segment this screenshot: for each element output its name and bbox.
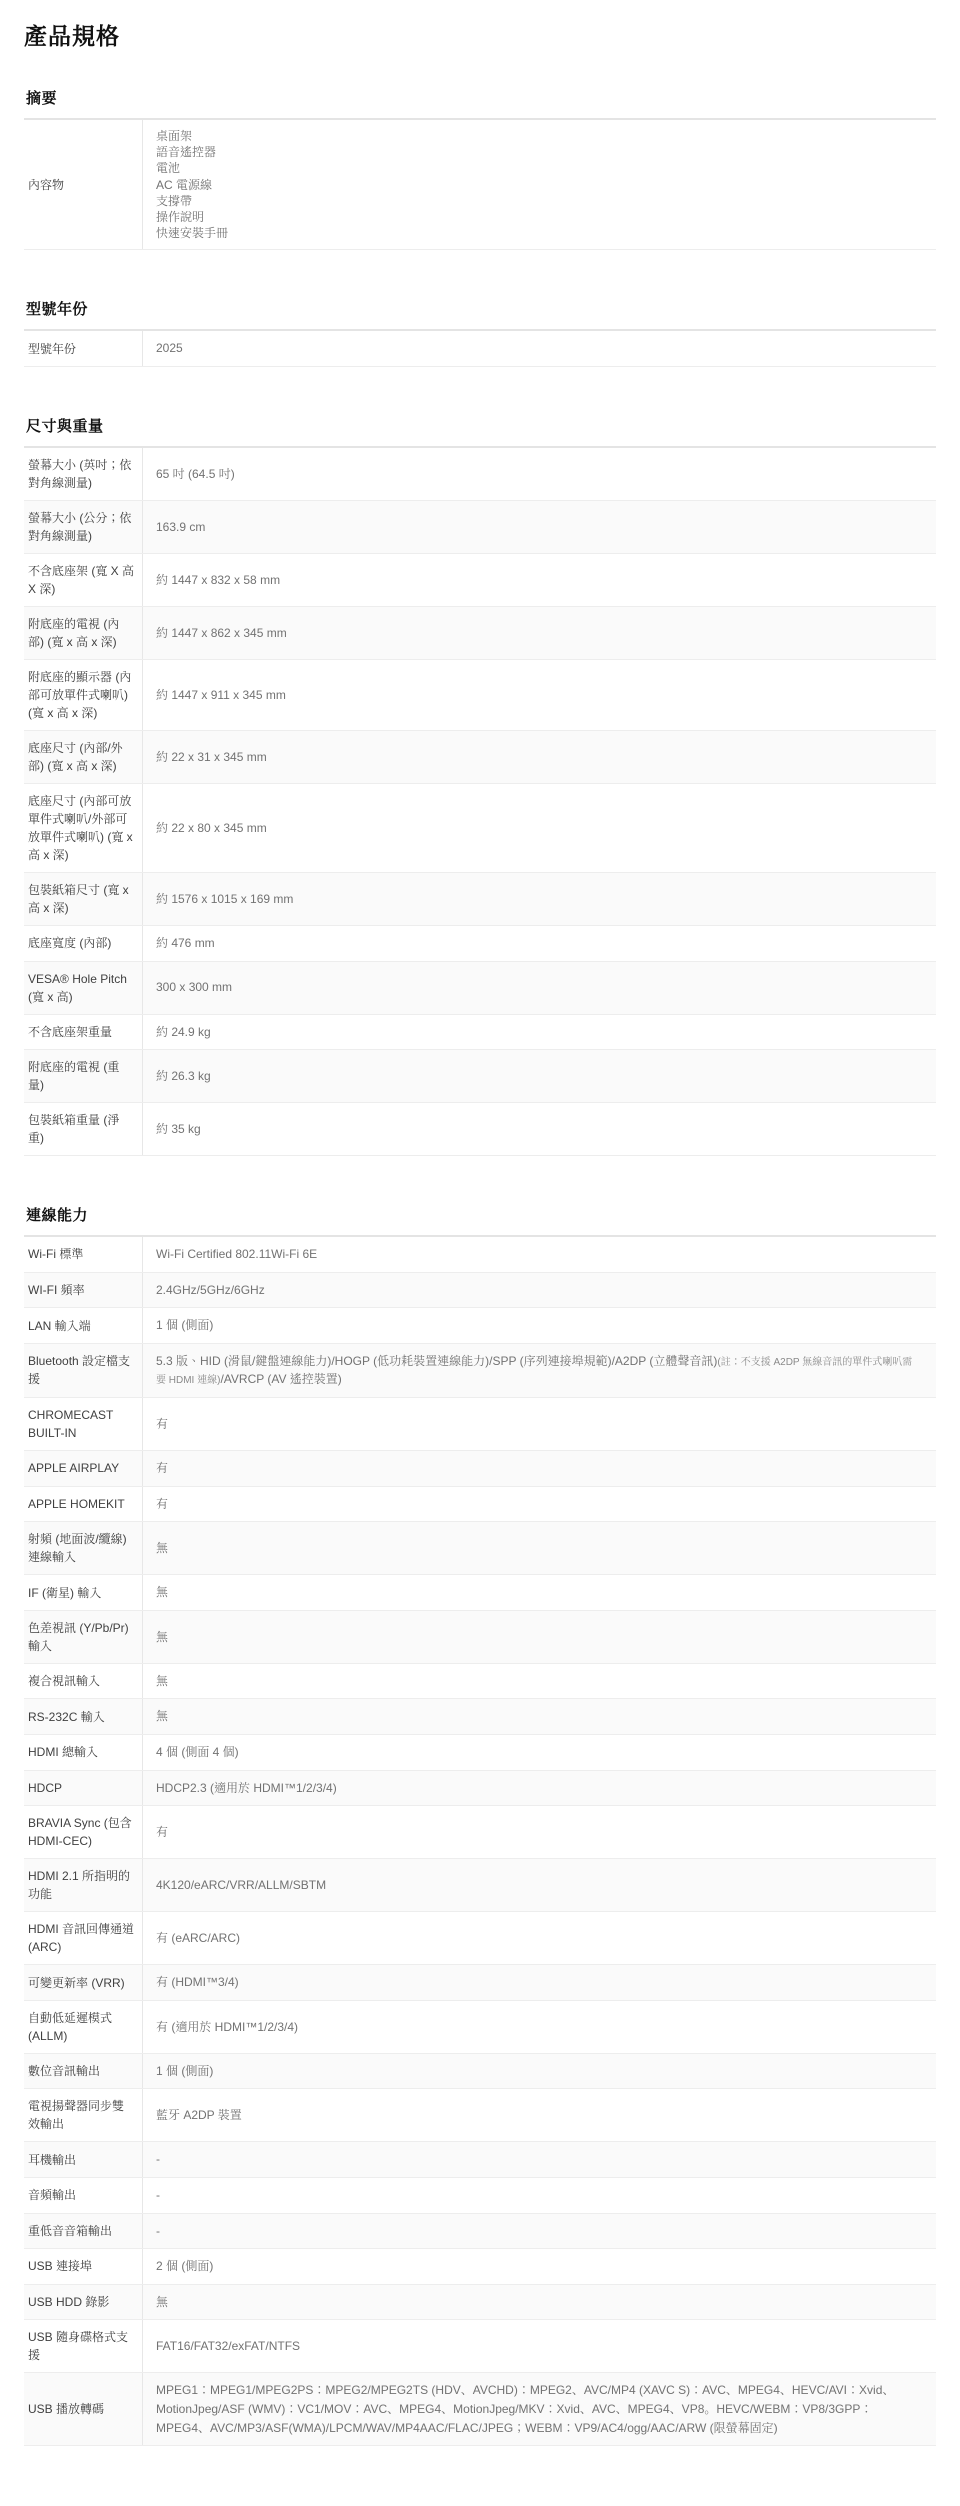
spec-value: 無	[142, 1699, 936, 1734]
spec-value-text: 5.3 版、HID (滑鼠/鍵盤連線能力)/HOGP (低功耗裝置連線能力)/S…	[156, 1352, 920, 1389]
spec-table: 型號年份2025	[24, 329, 936, 367]
spec-label: APPLE AIRPLAY	[24, 1451, 142, 1486]
spec-value: 無	[142, 1522, 936, 1574]
spec-row: 自動低延遲模式 (ALLM)有 (適用於 HDMI™1/2/3/4)	[24, 2001, 936, 2054]
page-title: 產品規格	[24, 18, 936, 51]
spec-label: 包裝紙箱尺寸 (寬 x 高 x 深)	[24, 873, 142, 925]
spec-value-text: 無	[156, 1707, 920, 1726]
spec-label: 電視揚聲器同步雙效輸出	[24, 2089, 142, 2141]
spec-row: 耳機輸出-	[24, 2142, 936, 2178]
spec-value: 有	[142, 1398, 936, 1450]
spec-label: IF (衛星) 輸入	[24, 1575, 142, 1610]
spec-value-text: 約 1447 x 832 x 58 mm	[156, 571, 920, 590]
spec-label: HDMI 音訊回傳通道 (ARC)	[24, 1912, 142, 1964]
spec-row: Bluetooth 設定檔支援5.3 版、HID (滑鼠/鍵盤連線能力)/HOG…	[24, 1344, 936, 1398]
spec-row: 底座尺寸 (內部/外部) (寬 x 高 x 深)約 22 x 31 x 345 …	[24, 731, 936, 784]
spec-label: 附底座的電視 (內部) (寬 x 高 x 深)	[24, 607, 142, 659]
spec-row: 電視揚聲器同步雙效輸出藍牙 A2DP 裝置	[24, 2089, 936, 2142]
spec-label: 型號年份	[24, 331, 142, 366]
spec-value-text: 約 1447 x 911 x 345 mm	[156, 686, 920, 705]
spec-value: 1 個 (側面)	[142, 1308, 936, 1343]
spec-content: 摘要內容物桌面架語音遙控器電池AC 電源線支撐帶操作說明快速安裝手冊型號年份型號…	[24, 87, 936, 2446]
spec-value: -	[142, 2214, 936, 2249]
spec-value-text: 4 個 (側面 4 個)	[156, 1743, 920, 1762]
spec-row: USB HDD 錄影無	[24, 2285, 936, 2321]
spec-value-line: 操作說明	[156, 209, 920, 225]
spec-value: 4 個 (側面 4 個)	[142, 1735, 936, 1770]
spec-value-text: 有	[156, 1495, 920, 1514]
spec-value: 無	[142, 2285, 936, 2320]
spec-value: 1 個 (側面)	[142, 2054, 936, 2089]
spec-label: 複合視訊輸入	[24, 1664, 142, 1699]
spec-section: 摘要內容物桌面架語音遙控器電池AC 電源線支撐帶操作說明快速安裝手冊	[24, 87, 936, 250]
spec-label: 音頻輸出	[24, 2178, 142, 2213]
spec-row: CHROMECAST BUILT-IN有	[24, 1398, 936, 1451]
spec-row: 可變更新率 (VRR)有 (HDMI™3/4)	[24, 1965, 936, 2001]
spec-value-text: -	[156, 2186, 920, 2205]
spec-value-line: 電池	[156, 160, 920, 176]
spec-value-line: 快速安裝手冊	[156, 225, 920, 241]
spec-row: RS-232C 輸入無	[24, 1699, 936, 1735]
spec-row: Wi-Fi 標準Wi-Fi Certified 802.11Wi-Fi 6E	[24, 1237, 936, 1273]
spec-label: 不含底座架重量	[24, 1015, 142, 1050]
spec-label: BRAVIA Sync (包含 HDMI-CEC)	[24, 1806, 142, 1858]
spec-row: USB 連接埠2 個 (側面)	[24, 2249, 936, 2285]
spec-value-text: 有 (HDMI™3/4)	[156, 1973, 920, 1992]
spec-label: WI-FI 頻率	[24, 1273, 142, 1308]
section-title: 尺寸與重量	[24, 415, 936, 446]
spec-label: USB 隨身碟格式支援	[24, 2320, 142, 2372]
spec-value: 桌面架語音遙控器電池AC 電源線支撐帶操作說明快速安裝手冊	[142, 120, 936, 249]
spec-value-line: 桌面架	[156, 128, 920, 144]
spec-value-text: 無	[156, 1628, 920, 1647]
spec-value-text: 約 1447 x 862 x 345 mm	[156, 624, 920, 643]
spec-row: 不含底座架 (寬 X 高 X 深)約 1447 x 832 x 58 mm	[24, 554, 936, 607]
spec-label: HDMI 總輸入	[24, 1735, 142, 1770]
spec-value-text: Wi-Fi Certified 802.11Wi-Fi 6E	[156, 1245, 920, 1264]
spec-value: 有 (eARC/ARC)	[142, 1912, 936, 1964]
spec-label: HDCP	[24, 1771, 142, 1806]
spec-row: VESA® Hole Pitch (寬 x 高)300 x 300 mm	[24, 962, 936, 1015]
spec-row: HDMI 總輸入4 個 (側面 4 個)	[24, 1735, 936, 1771]
spec-value-text: 無	[156, 2293, 920, 2312]
spec-row: 附底座的顯示器 (內部可放單件式喇叭) (寬 x 高 x 深)約 1447 x …	[24, 660, 936, 731]
spec-label: USB HDD 錄影	[24, 2285, 142, 2320]
spec-value: 有	[142, 1487, 936, 1522]
spec-label: 螢幕大小 (英吋；依對角線測量)	[24, 448, 142, 500]
spec-value-text: 有 (eARC/ARC)	[156, 1929, 920, 1948]
spec-value-text: 約 22 x 31 x 345 mm	[156, 748, 920, 767]
section-title: 型號年份	[24, 298, 936, 329]
spec-row: LAN 輸入端1 個 (側面)	[24, 1308, 936, 1344]
spec-label: 底座寬度 (內部)	[24, 926, 142, 961]
spec-value: 65 吋 (64.5 吋)	[142, 448, 936, 500]
spec-value-text: 約 22 x 80 x 345 mm	[156, 819, 920, 838]
spec-row: IF (衛星) 輸入無	[24, 1575, 936, 1611]
spec-row: HDCPHDCP2.3 (適用於 HDMI™1/2/3/4)	[24, 1771, 936, 1807]
spec-value-text: 300 x 300 mm	[156, 978, 920, 997]
spec-section: 型號年份型號年份2025	[24, 298, 936, 367]
spec-row: 複合視訊輸入無	[24, 1664, 936, 1700]
spec-value: 約 22 x 80 x 345 mm	[142, 784, 936, 872]
spec-value: 無	[142, 1575, 936, 1610]
spec-value-text: 有	[156, 1415, 920, 1434]
spec-row: 螢幕大小 (公分；依對角線測量)163.9 cm	[24, 501, 936, 554]
spec-label: 自動低延遲模式 (ALLM)	[24, 2001, 142, 2053]
spec-label: VESA® Hole Pitch (寬 x 高)	[24, 962, 142, 1014]
spec-row: 底座寬度 (內部)約 476 mm	[24, 926, 936, 962]
spec-label: 射頻 (地面波/纜線) 連線輸入	[24, 1522, 142, 1574]
spec-value: 約 24.9 kg	[142, 1015, 936, 1050]
spec-row: 底座尺寸 (內部可放單件式喇叭/外部可放單件式喇叭) (寬 x 高 x 深)約 …	[24, 784, 936, 873]
spec-value: 163.9 cm	[142, 501, 936, 553]
spec-value: 5.3 版、HID (滑鼠/鍵盤連線能力)/HOGP (低功耗裝置連線能力)/S…	[142, 1344, 936, 1397]
spec-value: 2.4GHz/5GHz/6GHz	[142, 1273, 936, 1308]
spec-value: Wi-Fi Certified 802.11Wi-Fi 6E	[142, 1237, 936, 1272]
spec-value-text: 4K120/eARC/VRR/ALLM/SBTM	[156, 1876, 920, 1895]
spec-label: USB 連接埠	[24, 2249, 142, 2284]
spec-value-part: /AVRCP (AV 遙控裝置)	[220, 1372, 341, 1386]
spec-value: FAT16/FAT32/exFAT/NTFS	[142, 2320, 936, 2372]
spec-value: 2 個 (側面)	[142, 2249, 936, 2284]
spec-row: 音頻輸出-	[24, 2178, 936, 2214]
spec-row: 附底座的電視 (重量)約 26.3 kg	[24, 1050, 936, 1103]
spec-label: 可變更新率 (VRR)	[24, 1965, 142, 2000]
spec-label: 數位音訊輸出	[24, 2054, 142, 2089]
spec-value: 約 22 x 31 x 345 mm	[142, 731, 936, 783]
spec-value-line: 語音遙控器	[156, 144, 920, 160]
spec-value-text: 有	[156, 1459, 920, 1478]
spec-value: 約 1447 x 911 x 345 mm	[142, 660, 936, 730]
spec-value-text: 有	[156, 1823, 920, 1842]
spec-value-text: HDCP2.3 (適用於 HDMI™1/2/3/4)	[156, 1779, 920, 1798]
spec-row: 數位音訊輸出1 個 (側面)	[24, 2054, 936, 2090]
spec-value: 有 (HDMI™3/4)	[142, 1965, 936, 2000]
spec-value-text: 約 1576 x 1015 x 169 mm	[156, 890, 920, 909]
spec-label: 重低音音箱輸出	[24, 2214, 142, 2249]
spec-value-text: 無	[156, 1539, 920, 1558]
spec-value: 約 1447 x 862 x 345 mm	[142, 607, 936, 659]
spec-value-text: FAT16/FAT32/exFAT/NTFS	[156, 2337, 920, 2356]
spec-label: 底座尺寸 (內部/外部) (寬 x 高 x 深)	[24, 731, 142, 783]
spec-label: CHROMECAST BUILT-IN	[24, 1398, 142, 1450]
spec-label: 附底座的電視 (重量)	[24, 1050, 142, 1102]
spec-value: 2025	[142, 331, 936, 366]
spec-value-text: 約 24.9 kg	[156, 1023, 920, 1042]
spec-row: APPLE AIRPLAY有	[24, 1451, 936, 1487]
spec-value: 約 26.3 kg	[142, 1050, 936, 1102]
spec-row: 包裝紙箱尺寸 (寬 x 高 x 深)約 1576 x 1015 x 169 mm	[24, 873, 936, 926]
spec-value-text: 約 35 kg	[156, 1120, 920, 1139]
spec-value-line: AC 電源線	[156, 177, 920, 193]
spec-row: WI-FI 頻率2.4GHz/5GHz/6GHz	[24, 1273, 936, 1309]
spec-value-text: 有 (適用於 HDMI™1/2/3/4)	[156, 2018, 920, 2037]
spec-section: 連線能力Wi-Fi 標準Wi-Fi Certified 802.11Wi-Fi …	[24, 1204, 936, 2446]
spec-label: Bluetooth 設定檔支援	[24, 1344, 142, 1397]
spec-value: 無	[142, 1611, 936, 1663]
spec-value-text: -	[156, 2150, 920, 2169]
spec-value-text: 2 個 (側面)	[156, 2257, 920, 2276]
spec-label: HDMI 2.1 所指明的功能	[24, 1859, 142, 1911]
spec-value: 約 1447 x 832 x 58 mm	[142, 554, 936, 606]
spec-value: -	[142, 2178, 936, 2213]
spec-value-text: 約 26.3 kg	[156, 1067, 920, 1086]
spec-row: 不含底座架重量約 24.9 kg	[24, 1015, 936, 1051]
spec-value-text: 約 476 mm	[156, 934, 920, 953]
spec-value-text: 無	[156, 1672, 920, 1691]
spec-value: 300 x 300 mm	[142, 962, 936, 1014]
spec-value-text: 65 吋 (64.5 吋)	[156, 465, 920, 484]
spec-row: 螢幕大小 (英吋；依對角線測量)65 吋 (64.5 吋)	[24, 448, 936, 501]
spec-value: MPEG1：MPEG1/MPEG2PS：MPEG2/MPEG2TS (HDV、A…	[142, 2373, 936, 2445]
spec-value: 藍牙 A2DP 裝置	[142, 2089, 936, 2141]
spec-value-text: 2.4GHz/5GHz/6GHz	[156, 1281, 920, 1300]
spec-label: 螢幕大小 (公分；依對角線測量)	[24, 501, 142, 553]
spec-section: 尺寸與重量螢幕大小 (英吋；依對角線測量)65 吋 (64.5 吋)螢幕大小 (…	[24, 415, 936, 1156]
spec-label: 底座尺寸 (內部可放單件式喇叭/外部可放單件式喇叭) (寬 x 高 x 深)	[24, 784, 142, 872]
spec-value-text: 1 個 (側面)	[156, 1316, 920, 1335]
spec-value: 4K120/eARC/VRR/ALLM/SBTM	[142, 1859, 936, 1911]
spec-row: 附底座的電視 (內部) (寬 x 高 x 深)約 1447 x 862 x 34…	[24, 607, 936, 660]
spec-value: 有	[142, 1451, 936, 1486]
spec-value: HDCP2.3 (適用於 HDMI™1/2/3/4)	[142, 1771, 936, 1806]
spec-label: 內容物	[24, 120, 142, 249]
spec-row: 包裝紙箱重量 (淨重)約 35 kg	[24, 1103, 936, 1156]
spec-row: HDMI 2.1 所指明的功能4K120/eARC/VRR/ALLM/SBTM	[24, 1859, 936, 1912]
spec-row: 色差視訊 (Y/Pb/Pr) 輸入無	[24, 1611, 936, 1664]
spec-value: 無	[142, 1664, 936, 1699]
spec-row: 重低音音箱輸出-	[24, 2214, 936, 2250]
spec-label: LAN 輸入端	[24, 1308, 142, 1343]
spec-label: 色差視訊 (Y/Pb/Pr) 輸入	[24, 1611, 142, 1663]
spec-row: 型號年份2025	[24, 331, 936, 367]
spec-value-text: 2025	[156, 339, 920, 358]
spec-label: USB 播放轉碼	[24, 2373, 142, 2445]
spec-label: Wi-Fi 標準	[24, 1237, 142, 1272]
spec-value-text: 163.9 cm	[156, 518, 920, 537]
spec-value: 有 (適用於 HDMI™1/2/3/4)	[142, 2001, 936, 2053]
spec-value: 有	[142, 1806, 936, 1858]
spec-label: 耳機輸出	[24, 2142, 142, 2177]
product-spec-page: 產品規格 摘要內容物桌面架語音遙控器電池AC 電源線支撐帶操作說明快速安裝手冊型…	[0, 0, 960, 2506]
section-title: 連線能力	[24, 1204, 936, 1235]
spec-row: USB 播放轉碼MPEG1：MPEG1/MPEG2PS：MPEG2/MPEG2T…	[24, 2373, 936, 2446]
spec-row: HDMI 音訊回傳通道 (ARC)有 (eARC/ARC)	[24, 1912, 936, 1965]
spec-value: 約 1576 x 1015 x 169 mm	[142, 873, 936, 925]
spec-row: 射頻 (地面波/纜線) 連線輸入無	[24, 1522, 936, 1575]
spec-value-part: 5.3 版、HID (滑鼠/鍵盤連線能力)/HOGP (低功耗裝置連線能力)/S…	[156, 1354, 717, 1368]
spec-table: Wi-Fi 標準Wi-Fi Certified 802.11Wi-Fi 6EWI…	[24, 1235, 936, 2446]
spec-label: 不含底座架 (寬 X 高 X 深)	[24, 554, 142, 606]
section-title: 摘要	[24, 87, 936, 118]
spec-value: 約 476 mm	[142, 926, 936, 961]
spec-value-text: 藍牙 A2DP 裝置	[156, 2106, 920, 2125]
spec-value: 約 35 kg	[142, 1103, 936, 1155]
spec-table: 內容物桌面架語音遙控器電池AC 電源線支撐帶操作說明快速安裝手冊	[24, 118, 936, 250]
spec-label: RS-232C 輸入	[24, 1699, 142, 1734]
spec-label: APPLE HOMEKIT	[24, 1487, 142, 1522]
spec-label: 包裝紙箱重量 (淨重)	[24, 1103, 142, 1155]
spec-value-text: -	[156, 2222, 920, 2241]
spec-value-text: MPEG1：MPEG1/MPEG2PS：MPEG2/MPEG2TS (HDV、A…	[156, 2381, 920, 2437]
spec-table: 螢幕大小 (英吋；依對角線測量)65 吋 (64.5 吋)螢幕大小 (公分；依對…	[24, 446, 936, 1156]
spec-row: BRAVIA Sync (包含 HDMI-CEC)有	[24, 1806, 936, 1859]
spec-value: -	[142, 2142, 936, 2177]
spec-row: 內容物桌面架語音遙控器電池AC 電源線支撐帶操作說明快速安裝手冊	[24, 120, 936, 250]
spec-value-line: 支撐帶	[156, 193, 920, 209]
spec-value-text: 1 個 (側面)	[156, 2062, 920, 2081]
spec-row: USB 隨身碟格式支援FAT16/FAT32/exFAT/NTFS	[24, 2320, 936, 2373]
spec-row: APPLE HOMEKIT有	[24, 1487, 936, 1523]
spec-value-text: 無	[156, 1583, 920, 1602]
spec-label: 附底座的顯示器 (內部可放單件式喇叭) (寬 x 高 x 深)	[24, 660, 142, 730]
